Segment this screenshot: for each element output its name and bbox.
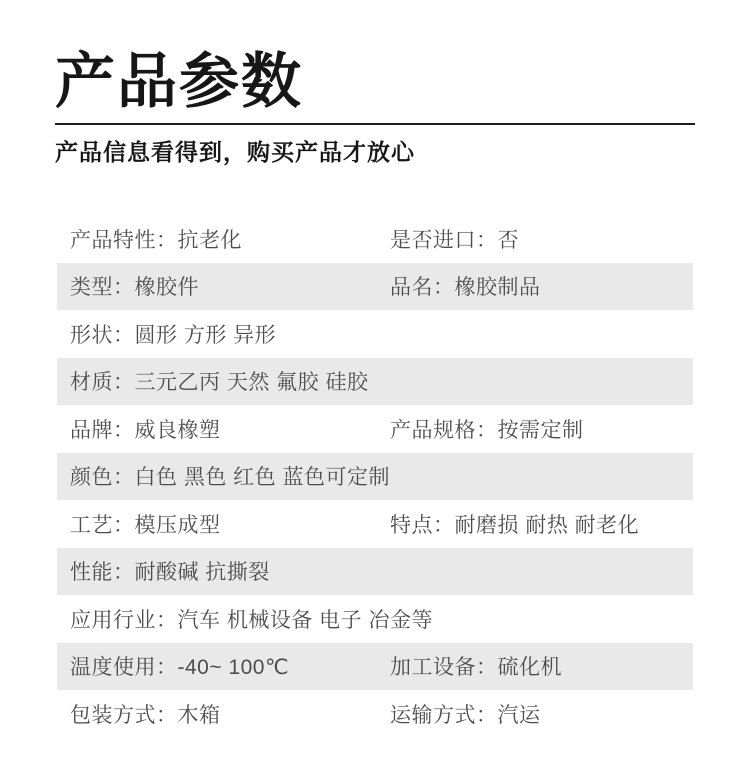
spec-cell: 形状：圆形 方形 异形 <box>70 319 276 349</box>
spec-value: 硫化机 <box>498 656 563 679</box>
spec-cell: 品牌：威良橡塑 <box>70 414 390 444</box>
spec-value: 木箱 <box>178 704 221 727</box>
table-row: 品牌：威良橡塑产品规格：按需定制 <box>57 405 693 453</box>
spec-value: 按需定制 <box>498 419 584 442</box>
spec-value: 汽运 <box>498 704 541 727</box>
spec-cell: 类型：橡胶件 <box>70 271 390 301</box>
spec-cell: 运输方式：汽运 <box>390 699 541 729</box>
spec-cell: 是否进口：否 <box>390 224 519 254</box>
spec-value: 橡胶件 <box>135 276 200 299</box>
spec-value: 耐磨损 耐热 耐老化 <box>455 514 640 537</box>
spec-label: 颜色： <box>70 466 135 489</box>
spec-value: 模压成型 <box>135 514 221 537</box>
spec-cell: 包装方式：木箱 <box>70 699 390 729</box>
table-row: 应用行业：汽车 机械设备 电子 冶金等 <box>57 595 693 643</box>
spec-label: 材质： <box>70 371 135 394</box>
table-row: 颜色：白色 黑色 红色 蓝色可定制 <box>57 453 693 501</box>
spec-cell: 特点：耐磨损 耐热 耐老化 <box>390 509 639 539</box>
spec-label: 产品特性： <box>70 229 178 252</box>
spec-value: 汽车 机械设备 电子 冶金等 <box>178 609 434 632</box>
spec-value: 白色 黑色 红色 蓝色可定制 <box>135 466 391 489</box>
spec-label: 品名： <box>390 276 455 299</box>
spec-table: 产品特性：抗老化是否进口：否类型：橡胶件品名：橡胶制品形状：圆形 方形 异形材质… <box>57 215 693 738</box>
table-row: 性能：耐酸碱 抗撕裂 <box>57 548 693 596</box>
table-row: 包装方式：木箱运输方式：汽运 <box>57 690 693 738</box>
spec-label: 品牌： <box>70 419 135 442</box>
spec-cell: 品名：橡胶制品 <box>390 271 541 301</box>
table-row: 形状：圆形 方形 异形 <box>57 310 693 358</box>
spec-cell: 性能：耐酸碱 抗撕裂 <box>70 556 270 586</box>
spec-cell: 材质：三元乙丙 天然 氟胶 硅胶 <box>70 366 369 396</box>
table-row: 类型：橡胶件品名：橡胶制品 <box>57 263 693 311</box>
spec-label: 类型： <box>70 276 135 299</box>
spec-label: 产品规格： <box>390 419 498 442</box>
spec-value: 抗老化 <box>178 229 243 252</box>
spec-value: 圆形 方形 异形 <box>135 324 277 347</box>
spec-label: 性能： <box>70 561 135 584</box>
product-parameters-page: 产品参数 产品信息看得到，购买产品才放心 产品特性：抗老化是否进口：否类型：橡胶… <box>0 0 750 773</box>
spec-value: 橡胶制品 <box>455 276 541 299</box>
page-title: 产品参数 <box>55 47 695 116</box>
spec-label: 温度使用： <box>70 656 178 679</box>
spec-label: 加工设备： <box>390 656 498 679</box>
spec-label: 特点： <box>390 514 455 537</box>
spec-label: 形状： <box>70 324 135 347</box>
table-row: 材质：三元乙丙 天然 氟胶 硅胶 <box>57 358 693 406</box>
spec-cell: 加工设备：硫化机 <box>390 651 562 681</box>
spec-label: 应用行业： <box>70 609 178 632</box>
spec-cell: 产品特性：抗老化 <box>70 224 390 254</box>
spec-cell: 应用行业：汽车 机械设备 电子 冶金等 <box>70 604 433 634</box>
spec-value: -40~ 100℃ <box>178 656 290 679</box>
spec-value: 否 <box>498 229 520 252</box>
table-row: 温度使用：-40~ 100℃加工设备：硫化机 <box>57 643 693 691</box>
spec-value: 耐酸碱 抗撕裂 <box>135 561 270 584</box>
spec-cell: 工艺：模压成型 <box>70 509 390 539</box>
page-subtitle: 产品信息看得到，购买产品才放心 <box>55 134 695 167</box>
spec-value: 威良橡塑 <box>135 419 221 442</box>
table-row: 工艺：模压成型特点：耐磨损 耐热 耐老化 <box>57 500 693 548</box>
spec-label: 运输方式： <box>390 704 498 727</box>
spec-label: 包装方式： <box>70 704 178 727</box>
spec-cell: 产品规格：按需定制 <box>390 414 584 444</box>
title-divider <box>55 123 695 125</box>
spec-cell: 温度使用：-40~ 100℃ <box>70 651 390 681</box>
spec-label: 是否进口： <box>390 229 498 252</box>
table-row: 产品特性：抗老化是否进口：否 <box>57 215 693 263</box>
spec-value: 三元乙丙 天然 氟胶 硅胶 <box>135 371 369 394</box>
spec-label: 工艺： <box>70 514 135 537</box>
spec-cell: 颜色：白色 黑色 红色 蓝色可定制 <box>70 461 390 491</box>
